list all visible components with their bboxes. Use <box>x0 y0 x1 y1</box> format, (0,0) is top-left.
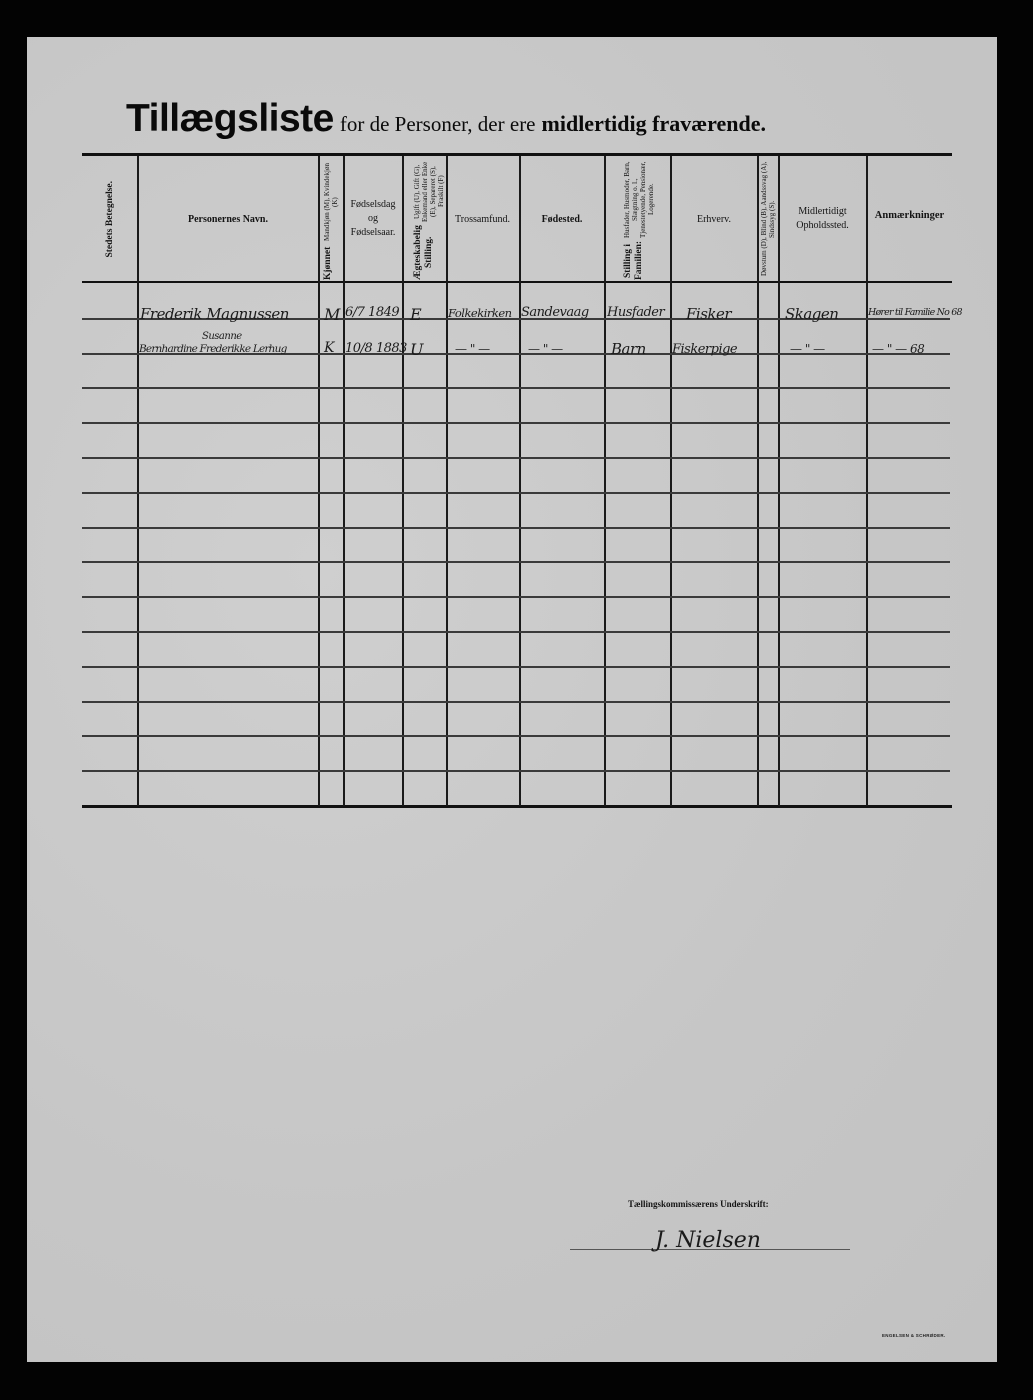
row2-navn: Bernhardine Frederikke Lerhug <box>139 343 287 355</box>
row1-erhverv: Fisker <box>686 305 731 323</box>
row2-egteskab: U <box>410 340 423 359</box>
header-midlertidigt-opholdssted: Midlertidigt Opholdssted. <box>780 158 865 280</box>
row2-stilling: Barn <box>611 340 646 358</box>
header-erhverv: Erhverv. <box>672 158 756 280</box>
column-divider <box>866 156 868 806</box>
row1-kjon: M <box>324 305 340 324</box>
printer-mark: ENGELSEN & SCHRØDER. <box>882 1333 946 1338</box>
row1-stilling: Husfader <box>607 305 664 320</box>
row-divider <box>82 457 950 459</box>
header-fodested: Fødested. <box>521 158 603 280</box>
header-bottom-rule <box>82 281 952 283</box>
row-divider <box>82 666 950 668</box>
row1-opholdssted: Skagen <box>785 305 838 323</box>
row-divider <box>82 770 950 772</box>
row1-tro: Folkekirken <box>448 306 512 320</box>
title-rest-1: for de Personer, der ere <box>340 112 536 136</box>
row1-egteskab: E <box>410 305 421 324</box>
row2-kjon: K <box>324 340 334 356</box>
header-fodselsdag: Fødselsdag og Fødselsaar. <box>345 158 401 280</box>
row-divider <box>82 596 950 598</box>
row2-opholdssted: — " — <box>790 342 825 356</box>
row-divider <box>82 631 950 633</box>
row-divider <box>82 527 950 529</box>
row-divider <box>82 735 950 737</box>
row2-erhverv: Fiskerpige <box>672 342 737 357</box>
table-top-rule <box>82 153 952 156</box>
row2-anm: — " — 68 <box>872 342 924 356</box>
header-egteskabelig-stilling: Ægteskabelig Stilling.Ugift (U), Gift (G… <box>403 158 445 280</box>
signature-label: Tællingskommissærens Underskrift: <box>628 1199 769 1209</box>
title-main: Tillægsliste <box>126 97 334 140</box>
row-divider <box>82 387 950 389</box>
row-divider <box>82 561 950 563</box>
header-personernes-navn: Personernes Navn. <box>139 158 317 280</box>
row2-tro: — " — <box>455 342 490 356</box>
header-stedets-betegnelse: Stedets Betegnelse. <box>86 158 134 280</box>
title-rest-2: midlertidig fraværende. <box>542 111 766 136</box>
form-title: Tillægslistefor de Personer, der eremidl… <box>126 97 766 141</box>
row1-anm: Hører til Familie No 68 <box>868 307 962 318</box>
row1-fodested: Sandevaag <box>521 305 589 320</box>
header-kjonnet: KjønnetMandkjøn (M), Kvindekjøn (K) <box>319 158 342 280</box>
row1-navn: Frederik Magnussen <box>140 305 289 323</box>
table-bottom-rule <box>82 805 952 808</box>
row1-fodsel: 6/7 1849 <box>345 305 399 320</box>
signature-value: J. Nielsen <box>655 1228 761 1253</box>
row2-navn-above: Susanne <box>202 331 242 342</box>
header-anmerkninger: Anmærkninger <box>867 190 952 240</box>
header-trossamfund: Trossamfund. <box>447 158 518 280</box>
row2-fodested: — " — <box>528 342 563 356</box>
header-stilling-i-familien: Stilling i Familien:Husfader, Husmoder, … <box>606 158 669 280</box>
header-sanser: Døvstum (D), Blind (B), Aandssvag (A), S… <box>758 158 777 280</box>
row-divider <box>82 701 950 703</box>
row2-fodsel: 10/8 1883 <box>345 341 407 356</box>
row-divider <box>82 422 950 424</box>
row-divider <box>82 492 950 494</box>
